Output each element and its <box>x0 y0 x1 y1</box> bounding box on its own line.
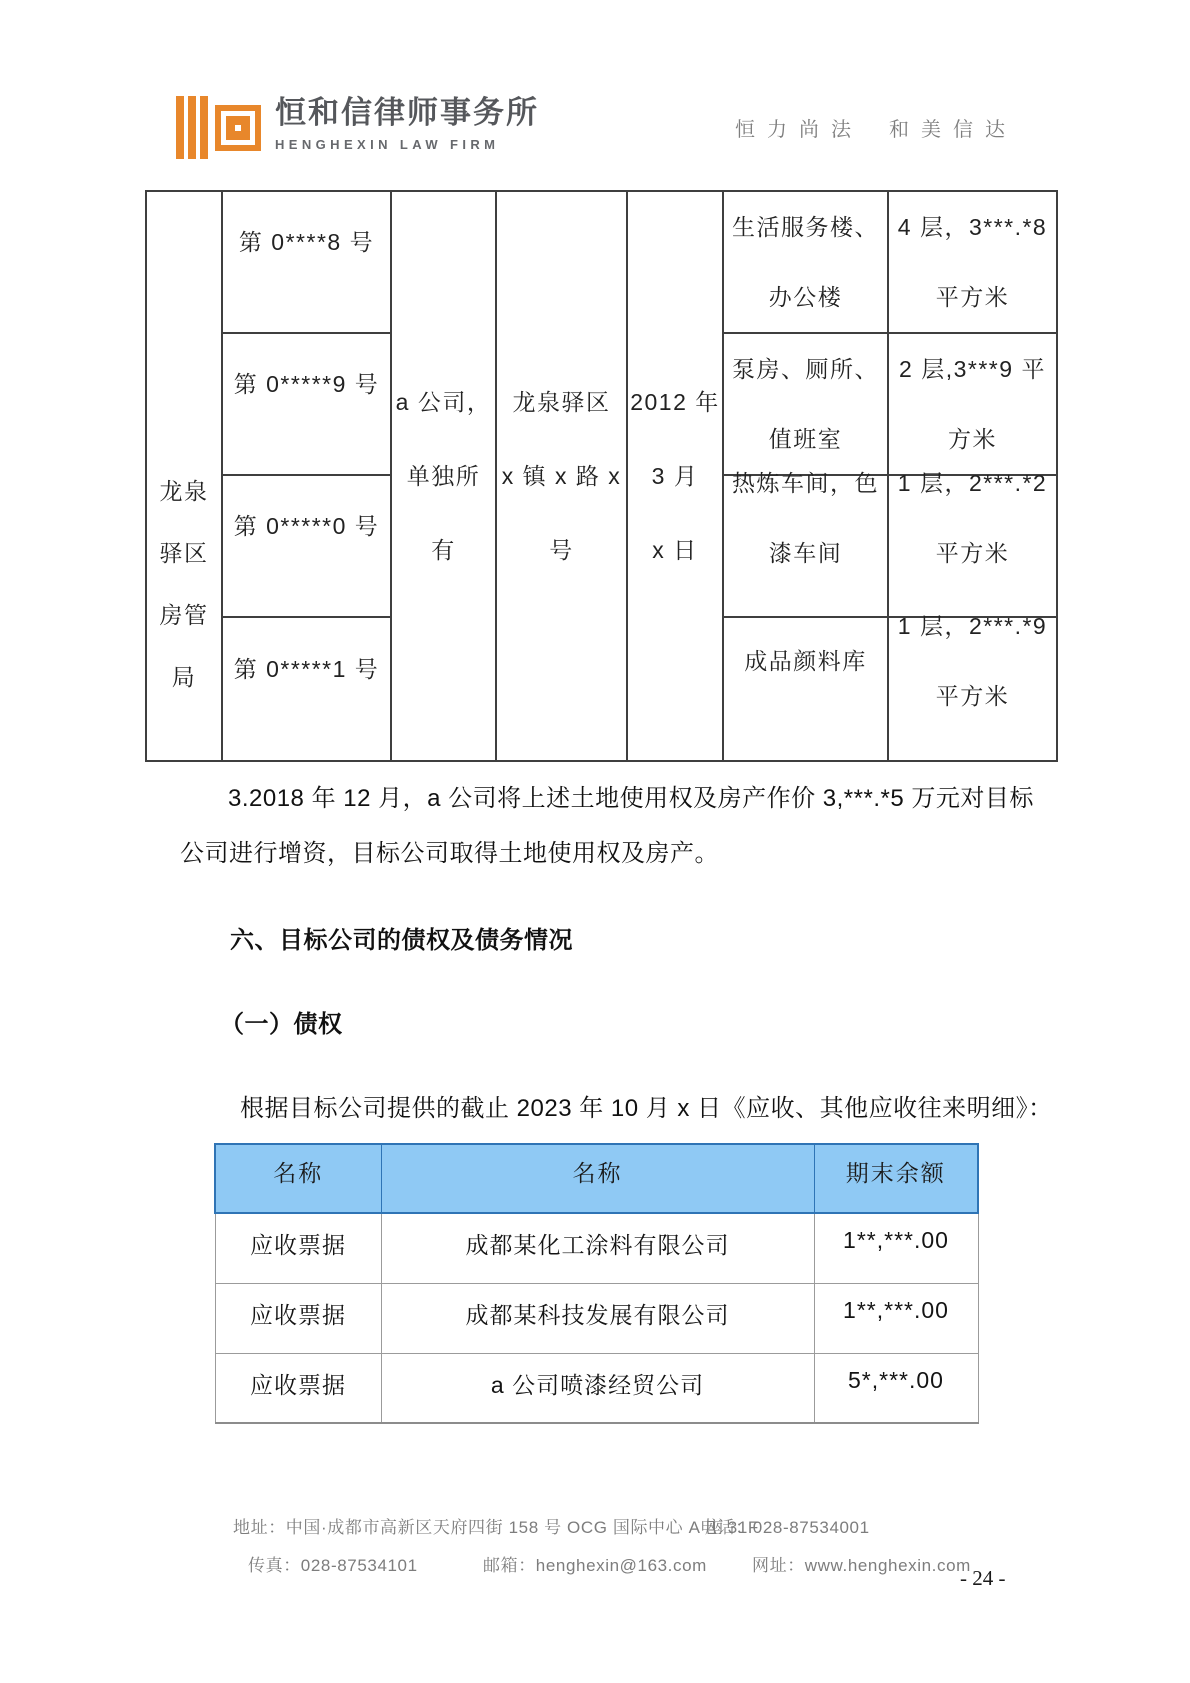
subsection-heading-creditor-rights: （一）债权 <box>220 1004 343 1039</box>
debtor-name-cell: 成都某科技发展有限公司 <box>381 1283 814 1353</box>
item-type-cell: 应收票据 <box>215 1353 381 1423</box>
receivables-header-row: 名称 名称 期末余额 <box>215 1144 978 1213</box>
receivables-table: 名称 名称 期末余额 应收票据 成都某化工涂料有限公司 1**,***.00 应… <box>214 1143 979 1424</box>
building-use-cell: 热炼车间，色 漆车间 <box>723 475 888 617</box>
footer-fax: 传真：028-87534101 <box>248 1551 418 1576</box>
section-heading-six: 六、目标公司的债权及债务情况 <box>230 920 573 955</box>
firm-slogan-left: 恒力尚法 <box>735 113 863 142</box>
balance-cell: 1**,***.00 <box>814 1283 978 1353</box>
document-page: 恒和信律师事务所 HENGHEXIN LAW FIRM 恒力尚法 和美信达 龙泉… <box>0 0 1190 1683</box>
date-cell: 2012 年 3 月 x 日 <box>627 191 723 761</box>
item-type-cell: 应收票据 <box>215 1213 381 1283</box>
cert-number-cell: 第 0****8 号 <box>222 191 391 333</box>
debtor-name-cell: 成都某化工涂料有限公司 <box>381 1213 814 1283</box>
balance-cell: 1**,***.00 <box>814 1213 978 1283</box>
footer-address: 地址：中国·成都市高新区天府四街 158 号 OCG 国际中心 A 座 31F <box>233 1513 759 1538</box>
receivables-row: 应收票据 成都某化工涂料有限公司 1**,***.00 <box>215 1213 978 1283</box>
address-cell: 龙泉驿区 x 镇 x 路 x 号 <box>496 191 627 761</box>
balance-cell: 5*,***.00 <box>814 1353 978 1423</box>
cert-number-cell: 第 0*****0 号 <box>222 475 391 617</box>
area-cell: 4 层，3***.*8 平方米 <box>888 191 1057 333</box>
law-firm-logo-icon <box>176 96 261 159</box>
law-firm-name: 恒和信律师事务所 HENGHEXIN LAW FIRM <box>275 96 539 159</box>
issuing-authority-cell: 龙泉 驿区 房管 局 <box>146 191 222 761</box>
page-number: - 24 - <box>960 1566 1006 1591</box>
cert-number-cell: 第 0*****9 号 <box>222 333 391 475</box>
building-use-cell: 生活服务楼、 办公楼 <box>723 191 888 333</box>
firm-slogan: 恒力尚法 和美信达 <box>735 113 1017 142</box>
column-header-name1: 名称 <box>215 1144 381 1213</box>
receivables-row: 应收票据 成都某科技发展有限公司 1**,***.00 <box>215 1283 978 1353</box>
paragraph-capital-increase-line2: 公司进行增资，目标公司取得土地使用权及房产。 <box>180 833 719 868</box>
item-type-cell: 应收票据 <box>215 1283 381 1353</box>
column-header-ending-balance: 期末余额 <box>814 1144 978 1213</box>
building-use-cell: 成品颜料库 <box>723 617 888 761</box>
receivables-intro-line: 根据目标公司提供的截止 2023 年 10 月 x 日《应收、其他应收往来明细》… <box>240 1088 1053 1123</box>
law-firm-name-cn: 恒和信律师事务所 <box>275 96 539 130</box>
debtor-name-cell: a 公司喷漆经贸公司 <box>381 1353 814 1423</box>
footer-phone: 电话：028-87534001 <box>700 1513 870 1538</box>
footer-email: 邮箱：henghexin@163.com <box>483 1551 707 1576</box>
paragraph-capital-increase-line1: 3.2018 年 12 月，a 公司将上述土地使用权及房产作价 3,***.*5… <box>228 778 1034 813</box>
property-table-row: 龙泉 驿区 房管 局 第 0****8 号 a 公司， 单独所 有 龙泉驿区 <box>146 191 1057 333</box>
area-cell: 1 层，2***.*9 平方米 <box>888 617 1057 761</box>
firm-slogan-right: 和美信达 <box>889 113 1017 142</box>
column-header-name2: 名称 <box>381 1144 814 1213</box>
receivables-row: 应收票据 a 公司喷漆经贸公司 5*,***.00 <box>215 1353 978 1423</box>
law-firm-logo: 恒和信律师事务所 HENGHEXIN LAW FIRM <box>176 96 539 159</box>
property-table: 龙泉 驿区 房管 局 第 0****8 号 a 公司， 单独所 有 龙泉驿区 <box>145 190 1058 762</box>
cert-number-cell: 第 0*****1 号 <box>222 617 391 761</box>
law-firm-name-en: HENGHEXIN LAW FIRM <box>275 137 539 152</box>
footer-website: 网址：www.henghexin.com <box>752 1551 971 1576</box>
owner-cell: a 公司， 单独所 有 <box>391 191 496 761</box>
